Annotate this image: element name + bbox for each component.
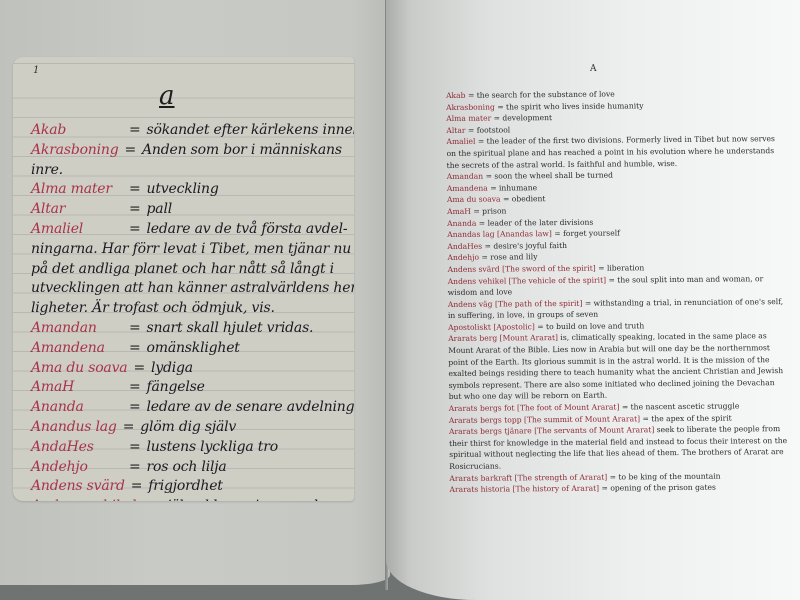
equals-sign: = [133, 359, 145, 379]
glossary-definition: = the search for the substance of love [468, 90, 615, 100]
manuscript-line: Amandena=omänsklighet [31, 339, 351, 359]
glossary-translation: [The path of the spirit] [495, 299, 583, 309]
manuscript-definition: ligheter. Är trofast och ödmjuk, vis. [31, 300, 275, 316]
manuscript-line: Amandan=snart skall hjulet vridas. [31, 319, 351, 339]
manuscript-page-number: 1 [33, 65, 39, 76]
manuscript-definition: lustens lyckliga tro [147, 439, 278, 455]
glossary-definition: = leader of the later divisions [479, 217, 594, 227]
glossary-term: Andens svärd [448, 264, 500, 273]
manuscript-line: på det andliga planet och har nått så lå… [31, 260, 351, 280]
manuscript-definition: omänsklighet [147, 340, 240, 356]
glossary-term: Ararats bergs fot [449, 403, 515, 413]
equals-sign: = [129, 378, 141, 398]
glossary-entry: Amaliel = the leader of the first two di… [446, 133, 786, 171]
manuscript-line: ningarna. Har förr levat i Tibet, men tj… [31, 240, 351, 260]
glossary-translation: [The strength of Ararat] [515, 472, 608, 482]
manuscript-definition: fängelse [147, 379, 205, 395]
glossary-term: Andehjo [447, 253, 479, 262]
glossary-translation: [The vehicle of the spirit] [509, 275, 607, 285]
equals-sign: = [131, 477, 143, 497]
glossary-definition: = obedient [503, 194, 546, 203]
equals-sign: = [124, 141, 136, 161]
manuscript-definition: Anden som bor i människans [142, 142, 342, 158]
manuscript-definition: utveckling [147, 181, 219, 197]
glossary-term: AmaH [447, 207, 471, 216]
manuscript-term: Amandena [31, 339, 123, 359]
manuscript-term: Andehjo [31, 458, 123, 478]
glossary-definition: = rose and lily [481, 253, 537, 262]
glossary-term: Ararats bergs topp [449, 415, 522, 425]
equals-sign: = [129, 200, 141, 220]
glossary-term: Ararats berg [448, 334, 497, 343]
glossary-translation: [Apostolic] [493, 322, 535, 331]
manuscript-term: Akab [31, 121, 123, 141]
manuscript-line: Alma mater=utveckling [31, 180, 351, 200]
left-page: 1 a Akab=sökandet efter kärlekens innehå… [0, 0, 390, 585]
glossary-translation: [Anandas law] [497, 229, 552, 238]
equals-sign: = [129, 220, 141, 240]
manuscript-definition: själen kluven i man och [160, 498, 322, 501]
glossary-definition: = the apex of the spirit [642, 413, 731, 423]
manuscript-term: Andens vehikel [31, 497, 136, 501]
equals-sign: = [142, 497, 154, 501]
manuscript-line: Amaliel=ledare av de två första avdel- [31, 220, 351, 240]
manuscript-definition: ledare av de senare avdelningarna. [147, 399, 354, 415]
glossary-definition: = prison [473, 206, 506, 215]
glossary-term: Amandena [447, 183, 488, 192]
glossary-entry: Ararats berg [Mount Ararat] is, climatic… [448, 330, 789, 403]
glossary-entry: Ararats bergs tjänare [The servants of M… [449, 423, 789, 472]
glossary-entry: Andens väg [The path of the spirit] = wi… [448, 296, 788, 322]
glossary-translation: [The sword of the spirit] [502, 264, 596, 274]
glossary-term: Ararats historia [449, 485, 510, 495]
manuscript-term: Amaliel [31, 220, 123, 240]
equals-sign: = [129, 180, 141, 200]
equals-sign: = [129, 319, 141, 339]
glossary-translation: [The summit of Mount Ararat] [524, 414, 640, 424]
glossary-term: Andens väg [448, 299, 493, 308]
glossary-translation: [Mount Ararat] [500, 334, 558, 344]
manuscript-term: Amandan [31, 319, 123, 339]
manuscript-term: AmaH [31, 378, 123, 398]
book-spread: 1 a Akab=sökandet efter kärlekens innehå… [0, 0, 800, 600]
equals-sign: = [129, 438, 141, 458]
glossary-term: Ama du soava [447, 195, 501, 204]
manuscript-line: Anandus lag=glöm dig själv [31, 418, 351, 438]
glossary-definition: = footstool [468, 125, 510, 134]
manuscript-line: Altar=pall [31, 200, 351, 220]
equals-sign: = [123, 418, 135, 438]
glossary-definition: = inhumane [490, 183, 537, 192]
glossary-definition: = the nascent ascetic struggle [622, 401, 740, 411]
manuscript-heading: a [159, 81, 175, 111]
equals-sign: = [129, 339, 141, 359]
manuscript-line: utvecklingen att han känner astralvärlde… [31, 279, 351, 299]
manuscript-definition: ros och lilja [147, 459, 227, 475]
glossary-definition: = desire's joyful faith [485, 241, 568, 251]
glossary-term: Akrasboning [446, 102, 495, 111]
glossary-entry: Andens vehikel [The vehicle of the spiri… [448, 273, 788, 299]
glossary-term: Amaliel [446, 137, 475, 146]
glossary-definition: = soon the wheel shall be turned [486, 171, 613, 181]
manuscript-term: Anandus lag [31, 418, 117, 438]
glossary-heading: A [590, 64, 597, 74]
manuscript-term: Ananda [31, 398, 123, 418]
manuscript-definition: på det andliga planet och har nått så lå… [31, 261, 334, 277]
manuscript-line: AndaHes=lustens lyckliga tro [31, 438, 351, 458]
glossary-term: Andens vehikel [448, 276, 507, 286]
glossary-term: Akab [446, 91, 466, 100]
manuscript-line: Andehjo=ros och lilja [31, 458, 351, 478]
glossary-definition: = forget yourself [554, 229, 620, 239]
glossary-term: Ananda [447, 218, 476, 227]
glossary-term: Apostoliskt [448, 322, 491, 331]
glossary-translation: [The foot of Mount Ararat] [517, 403, 620, 413]
glossary-translation: [The history of Ararat] [512, 484, 599, 494]
manuscript-term: Andens svärd [31, 477, 125, 497]
manuscript-definition: frigjordhet [148, 478, 222, 494]
glossary-definition: = to be king of the mountain [610, 471, 721, 481]
glossary-definition: = to build on love and truth [537, 321, 644, 331]
glossary-term: Ararats bergs tjänare [449, 426, 532, 436]
glossary-term: Amandan [447, 172, 483, 181]
handwritten-manuscript-page: 1 a Akab=sökandet efter kärlekens innehå… [13, 57, 354, 501]
manuscript-definition: glöm dig själv [140, 419, 236, 435]
manuscript-definition: ledare av de två första avdel- [147, 221, 348, 237]
manuscript-definition: ningarna. Har förr levat i Tibet, men tj… [31, 241, 351, 257]
glossary-definition: = opening of the prison gates [601, 483, 715, 493]
manuscript-definition: utvecklingen att han känner astralvärlde… [31, 280, 354, 296]
glossary-definition: = liberation [598, 263, 644, 272]
equals-sign: = [129, 458, 141, 478]
manuscript-line: Ama du soava=lydiga [31, 359, 351, 379]
manuscript-term: Akrasboning [31, 141, 118, 161]
glossary-term: AndaHes [447, 241, 482, 250]
equals-sign: = [129, 121, 141, 141]
glossary-term: Altar [446, 126, 465, 135]
manuscript-definition: snart skall hjulet vridas. [147, 320, 314, 336]
glossary-definition: = the leader of the first two divisions.… [447, 135, 775, 170]
manuscript-line: Ananda=ledare av de senare avdelningarna… [31, 398, 351, 418]
manuscript-term: Ama du soava [31, 359, 127, 379]
manuscript-line: Akab=sökandet efter kärlekens innehåll. [31, 121, 351, 141]
manuscript-definition: sökandet efter kärlekens innehåll. [147, 122, 354, 138]
glossary-translation: [The servants of Mount Ararat] [534, 425, 654, 435]
manuscript-line: Andens svärd=frigjordhet [31, 477, 351, 497]
manuscript-term: Alma mater [31, 180, 123, 200]
manuscript-definition: pall [147, 201, 172, 217]
manuscript-line: inre. [31, 161, 351, 181]
manuscript-lines: Akab=sökandet efter kärlekens innehåll.A… [31, 121, 351, 501]
glossary-term: Alma mater [446, 114, 491, 123]
manuscript-line: Andens vehikel=själen kluven i man och [31, 497, 351, 501]
manuscript-line: Akrasboning=Anden som bor i människans [31, 141, 351, 161]
manuscript-line: ligheter. Är trofast och ödmjuk, vis. [31, 299, 351, 319]
manuscript-definition: lydiga [151, 360, 193, 376]
manuscript-term: Altar [31, 200, 123, 220]
glossary-term: Ararats barkraft [449, 473, 512, 483]
glossary-definition: = development [494, 113, 552, 123]
glossary-definition: = the spirit who lives inside humanity [497, 101, 643, 111]
glossary-term: Anandas lag [447, 230, 494, 239]
equals-sign: = [129, 398, 141, 418]
manuscript-definition: inre. [31, 162, 63, 178]
manuscript-line: AmaH=fängelse [31, 378, 351, 398]
glossary-list: Akab = the search for the substance of l… [446, 87, 790, 496]
manuscript-term: AndaHes [31, 438, 123, 458]
